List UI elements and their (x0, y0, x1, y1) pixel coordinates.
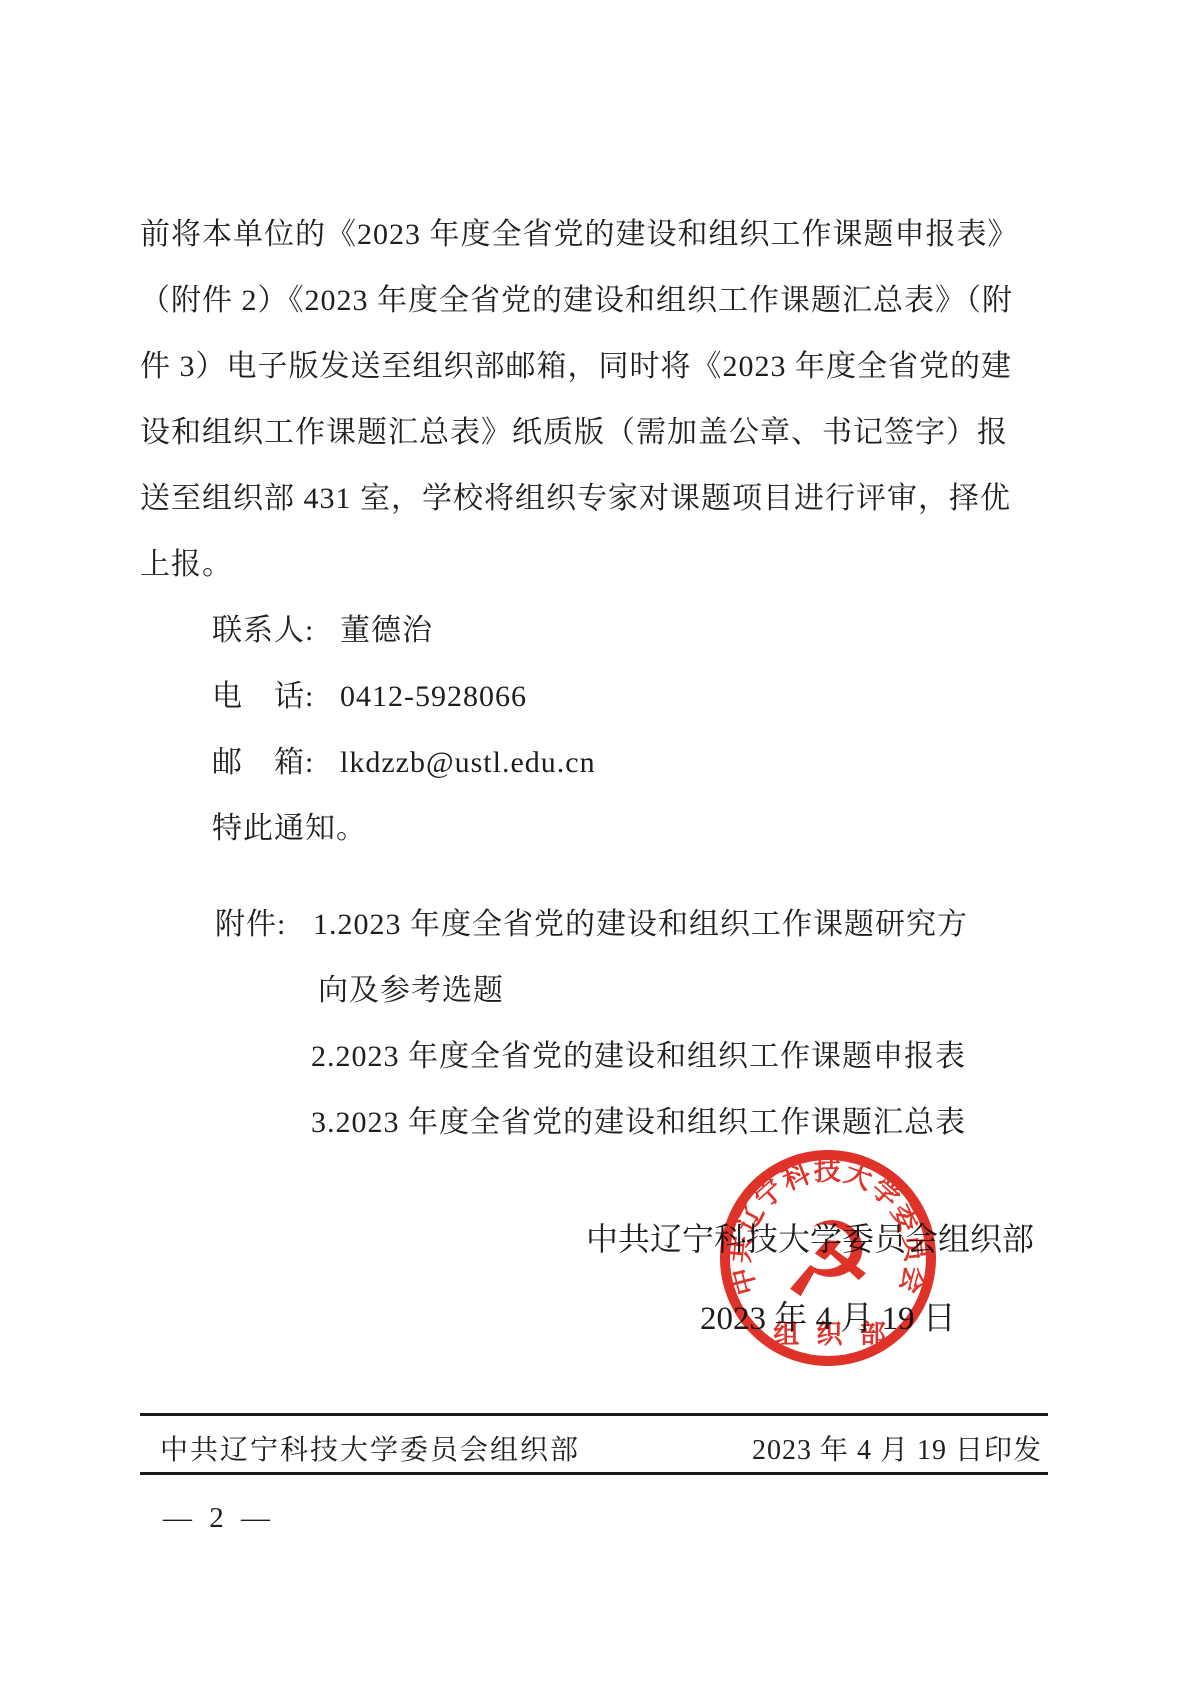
contact-phone-label: 电 话: (212, 677, 340, 717)
footer-print-date: 2023 年 4 月 19 日印发 (752, 1428, 1042, 1468)
attachment-item-3: 3.2023 年度全省党的建设和组织工作课题汇总表 (311, 1103, 966, 1143)
attachments-label: 附件: (215, 905, 313, 945)
contact-phone-row: 电 话:0412-5928066 (212, 677, 527, 717)
contact-person-row: 联系人:董德治 (212, 611, 433, 651)
signature-date: 2023 年 4 月 19 日 (700, 1292, 956, 1339)
body-line: 设和组织工作课题汇总表》纸质版（需加盖公章、书记签字）报 (140, 413, 1008, 453)
footer-issuer: 中共辽宁科技大学委员会组织部 (160, 1428, 580, 1468)
contact-phone-value: 0412-5928066 (340, 680, 527, 713)
contact-email-row: 邮 箱:lkdzzb@ustl.edu.cn (212, 743, 596, 783)
footer-bottom-rule (140, 1472, 1048, 1475)
attachment-item-2: 2.2023 年度全省党的建设和组织工作课题申报表 (311, 1037, 966, 1077)
body-line: （附件 2）《2023 年度全省党的建设和组织工作课题汇总表》（附 (140, 281, 1013, 321)
attachments-row: 附件:1.2023 年度全省党的建设和组织工作课题研究方 (215, 905, 968, 945)
body-line: 送至组织部 431 室，学校将组织专家对课题项目进行评审，择优 (140, 479, 1011, 519)
body-line: 件 3）电子版发送至组织部邮箱，同时将《2023 年度全省党的建 (140, 347, 1012, 387)
body-line: 上报。 (140, 545, 233, 585)
body-line: 前将本单位的《2023 年度全省党的建设和组织工作课题申报表》 (140, 215, 1019, 255)
contact-person-label: 联系人: (212, 611, 340, 651)
contact-person-value: 董德治 (340, 614, 433, 647)
page-number: — 2 — (163, 1502, 275, 1535)
closing-line: 特此通知。 (212, 809, 367, 849)
contact-email-value: lkdzzb@ustl.edu.cn (340, 746, 596, 779)
attachment-item-1-wrap: 向及参考选题 (318, 971, 504, 1011)
attachment-item-1: 1.2023 年度全省党的建设和组织工作课题研究方 (313, 908, 968, 941)
contact-email-label: 邮 箱: (212, 743, 340, 783)
signature-organization: 中共辽宁科技大学委员会组织部 (586, 1214, 1034, 1260)
document-page: 前将本单位的《2023 年度全省党的建设和组织工作课题申报表》 （附件 2）《2… (0, 0, 1190, 1683)
footer-top-rule (140, 1413, 1048, 1416)
